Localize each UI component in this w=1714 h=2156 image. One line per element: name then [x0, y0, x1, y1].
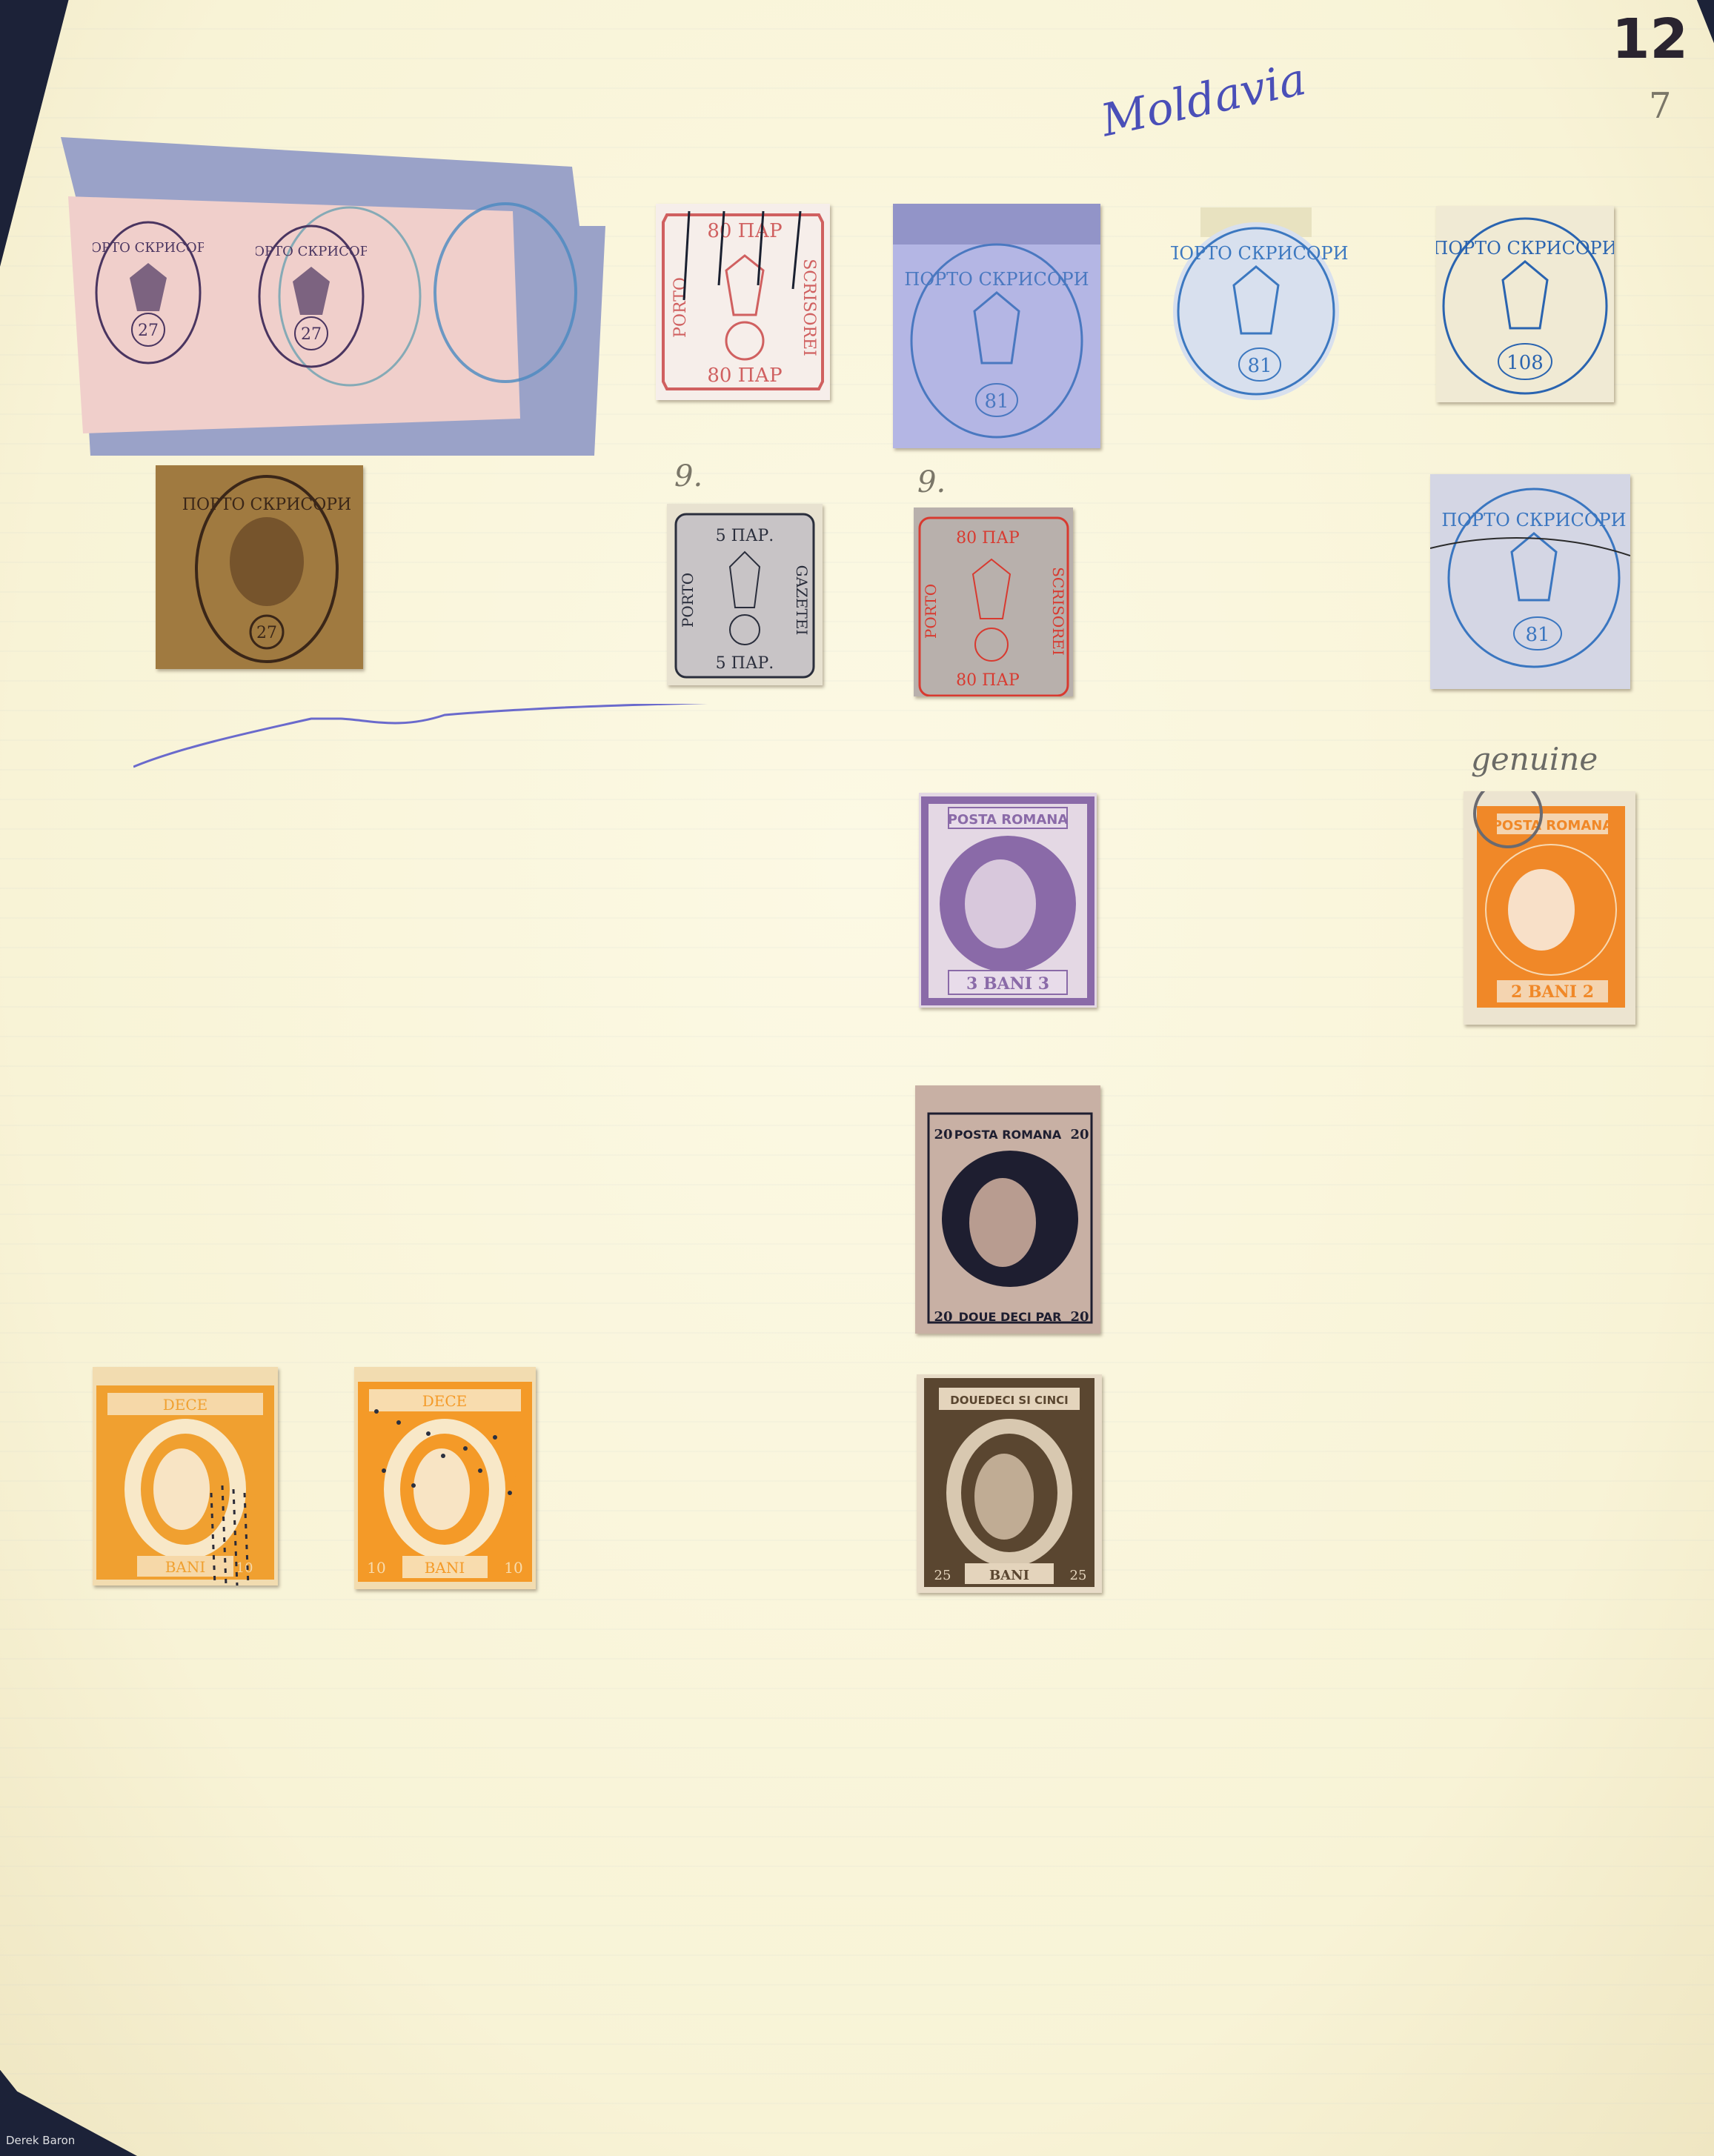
svg-text:80 ПАР: 80 ПАР [956, 671, 1020, 690]
svg-text:27: 27 [301, 325, 322, 344]
svg-text:ROMANA: ROMANA [505, 1460, 519, 1519]
svg-text:20: 20 [934, 1127, 952, 1142]
svg-text:10: 10 [367, 1559, 385, 1577]
stamp-2-bani-orange[interactable]: POSTA ROMANA 2 BANI 2 [1464, 791, 1635, 1025]
svg-text:DECE: DECE [163, 1396, 208, 1414]
svg-text:POSTA: POSTA [936, 1473, 949, 1512]
stamp-5-parale-black[interactable]: 5 ПАР. 5 ПАР. PORTO GAZETEI [667, 504, 823, 685]
svg-text:PORTO: PORTO [922, 584, 940, 639]
stamp-27-parale-brown[interactable]: ПОРТО СКРИСОРИ 27 [156, 465, 363, 669]
svg-text:20: 20 [1070, 1309, 1089, 1325]
stamp-108-parale-blue[interactable]: ПОРТО СКРИСОРИ 108 [1436, 206, 1614, 402]
svg-text:DOUE DECI PAR: DOUE DECI PAR [959, 1310, 1062, 1324]
watermark: Derek Baron [6, 2134, 75, 2147]
svg-text:81: 81 [1247, 355, 1272, 377]
svg-text:25: 25 [1070, 1568, 1087, 1583]
svg-text:27: 27 [138, 322, 159, 340]
svg-text:81: 81 [1525, 624, 1549, 646]
svg-text:PORTO: PORTO [679, 573, 697, 628]
section-divider-line [133, 704, 1708, 771]
svg-text:ПОРТО СКРИСОРИ: ПОРТО СКРИСОРИ [1441, 510, 1626, 530]
svg-text:BANI: BANI [989, 1568, 1029, 1583]
stamp-cap-de-bour-27-parale-left[interactable]: ПОРТО СКРИСОРИ 27 [93, 219, 204, 367]
svg-text:10: 10 [236, 1560, 253, 1576]
page-number: 12 [1612, 7, 1688, 71]
svg-text:ПОРТО СКРИСОРИ: ПОРТО СКРИСОРИ [1171, 243, 1349, 264]
svg-text:POSTA ROMANA: POSTA ROMANA [1492, 818, 1613, 834]
stamp-80-parale-red-gray-paper[interactable]: 80 ПАР 80 ПАР PORTO SCRISOREI [914, 508, 1073, 696]
svg-text:5 ПАР.: 5 ПАР. [716, 527, 774, 545]
svg-text:27: 27 [256, 624, 277, 642]
stamp-81-parale-blue-cut-round[interactable]: ПОРТО СКРИСОРИ 81 [1171, 207, 1349, 400]
pencil-annotation-right: 9. [917, 465, 946, 499]
svg-text:BANI: BANI [425, 1559, 465, 1577]
svg-text:BANI: BANI [165, 1558, 206, 1576]
svg-text:80 ПАР: 80 ПАР [707, 365, 782, 387]
stamp-81-parale-blue-paper[interactable]: ПОРТО СКРИСОРИ 81 [893, 204, 1100, 448]
svg-text:ПОРТО СКРИСОРИ: ПОРТО СКРИСОРИ [904, 269, 1089, 290]
svg-text:ПОРТО СКРИСОРИ: ПОРТО СКРИСОРИ [1436, 238, 1614, 259]
stamp-10-bani-orange-right[interactable]: DECE POSTA ROMANA BANI 10 10 [354, 1367, 536, 1589]
stamp-25-bani-brown[interactable]: DOUEDECI SI CINCI POSTA ROMANA BANI 25 2… [917, 1374, 1102, 1593]
pencil-annotation-left: 9. [674, 459, 702, 493]
svg-text:POSTA: POSTA [111, 1468, 125, 1510]
svg-text:POSTA: POSTA [371, 1468, 385, 1510]
stamp-3-bani-violet[interactable]: POSTA ROMANA 3 BANI 3 [919, 793, 1097, 1008]
svg-text:10: 10 [504, 1559, 522, 1577]
stamp-81-parale-blue-lower[interactable]: ПОРТО СКРИСОРИ 81 [1430, 474, 1630, 689]
svg-text:SCRISOREI: SCRISOREI [800, 259, 818, 356]
svg-text:81: 81 [984, 390, 1009, 413]
svg-text:SCRISOREI: SCRISOREI [1049, 567, 1067, 656]
stamp-80-parale-red[interactable]: 80 ПАР 80 ПАР PORTO SCRISOREI [656, 204, 830, 400]
svg-text:3 BANI 3: 3 BANI 3 [966, 974, 1049, 994]
svg-text:ROMANA: ROMANA [245, 1460, 259, 1519]
svg-text:108: 108 [1507, 352, 1544, 374]
stamp-cap-de-bour-27-parale-right[interactable]: ПОРТО СКРИСОРИ 27 [256, 222, 367, 370]
svg-text:ROMANA: ROMANA [1071, 1465, 1084, 1520]
svg-text:ПОРТО СКРИСОРИ: ПОРТО СКРИСОРИ [182, 496, 351, 514]
svg-text:DOUEDECI SI CINCI: DOUEDECI SI CINCI [950, 1394, 1068, 1407]
svg-text:POSTA ROMANA: POSTA ROMANA [954, 1128, 1062, 1142]
svg-text:PORTO: PORTO [671, 277, 690, 338]
svg-text:5 ПАР.: 5 ПАР. [716, 654, 774, 673]
page-mark: 7 [1649, 85, 1672, 127]
svg-text:25: 25 [934, 1568, 951, 1583]
stamp-10-bani-orange-left[interactable]: DECE POSTA ROMANA BANI 10 [93, 1367, 278, 1586]
svg-text:GAZETEI: GAZETEI [793, 565, 811, 636]
svg-text:ПОРТО СКРИСОРИ: ПОРТО СКРИСОРИ [256, 244, 367, 259]
svg-text:POSTA ROMANA: POSTA ROMANA [948, 812, 1069, 828]
stamp-20-parale-black[interactable]: 20 20 POSTA ROMANA 20 20 DOUE DECI PAR [915, 1085, 1100, 1334]
svg-text:80 ПАР: 80 ПАР [956, 529, 1020, 548]
svg-text:DECE: DECE [422, 1392, 468, 1410]
svg-text:ПОРТО СКРИСОРИ: ПОРТО СКРИСОРИ [93, 240, 204, 256]
svg-text:2 BANI 2: 2 BANI 2 [1511, 982, 1594, 1002]
svg-text:80 ПАР: 80 ПАР [707, 220, 782, 242]
svg-text:20: 20 [1070, 1127, 1089, 1142]
svg-text:20: 20 [934, 1309, 952, 1325]
